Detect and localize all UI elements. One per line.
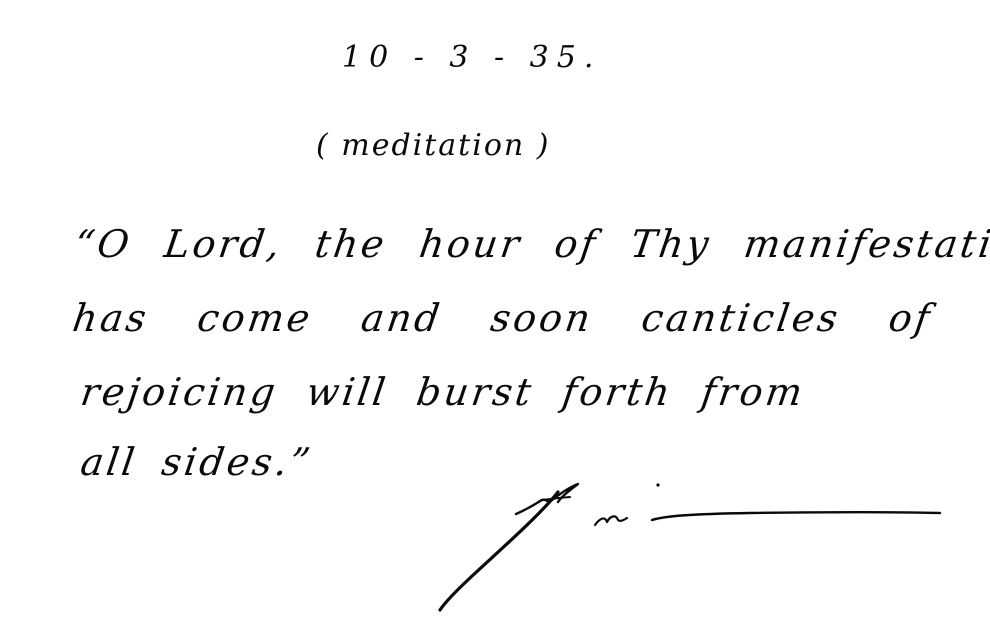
signature-icon: [430, 470, 960, 620]
quote-line: has come and soon canticles of: [70, 296, 935, 340]
document-subtitle: ( meditation ): [316, 128, 550, 163]
document-date: 10 - 3 - 35.: [342, 40, 601, 75]
quote-line: all sides.”: [78, 440, 316, 484]
quote-line: rejoicing will burst forth from: [78, 370, 808, 414]
handwritten-page: 10 - 3 - 35. ( meditation ) “O Lord, the…: [0, 0, 990, 632]
quote-line: “O Lord, the hour of Thy manifestation: [72, 222, 990, 266]
